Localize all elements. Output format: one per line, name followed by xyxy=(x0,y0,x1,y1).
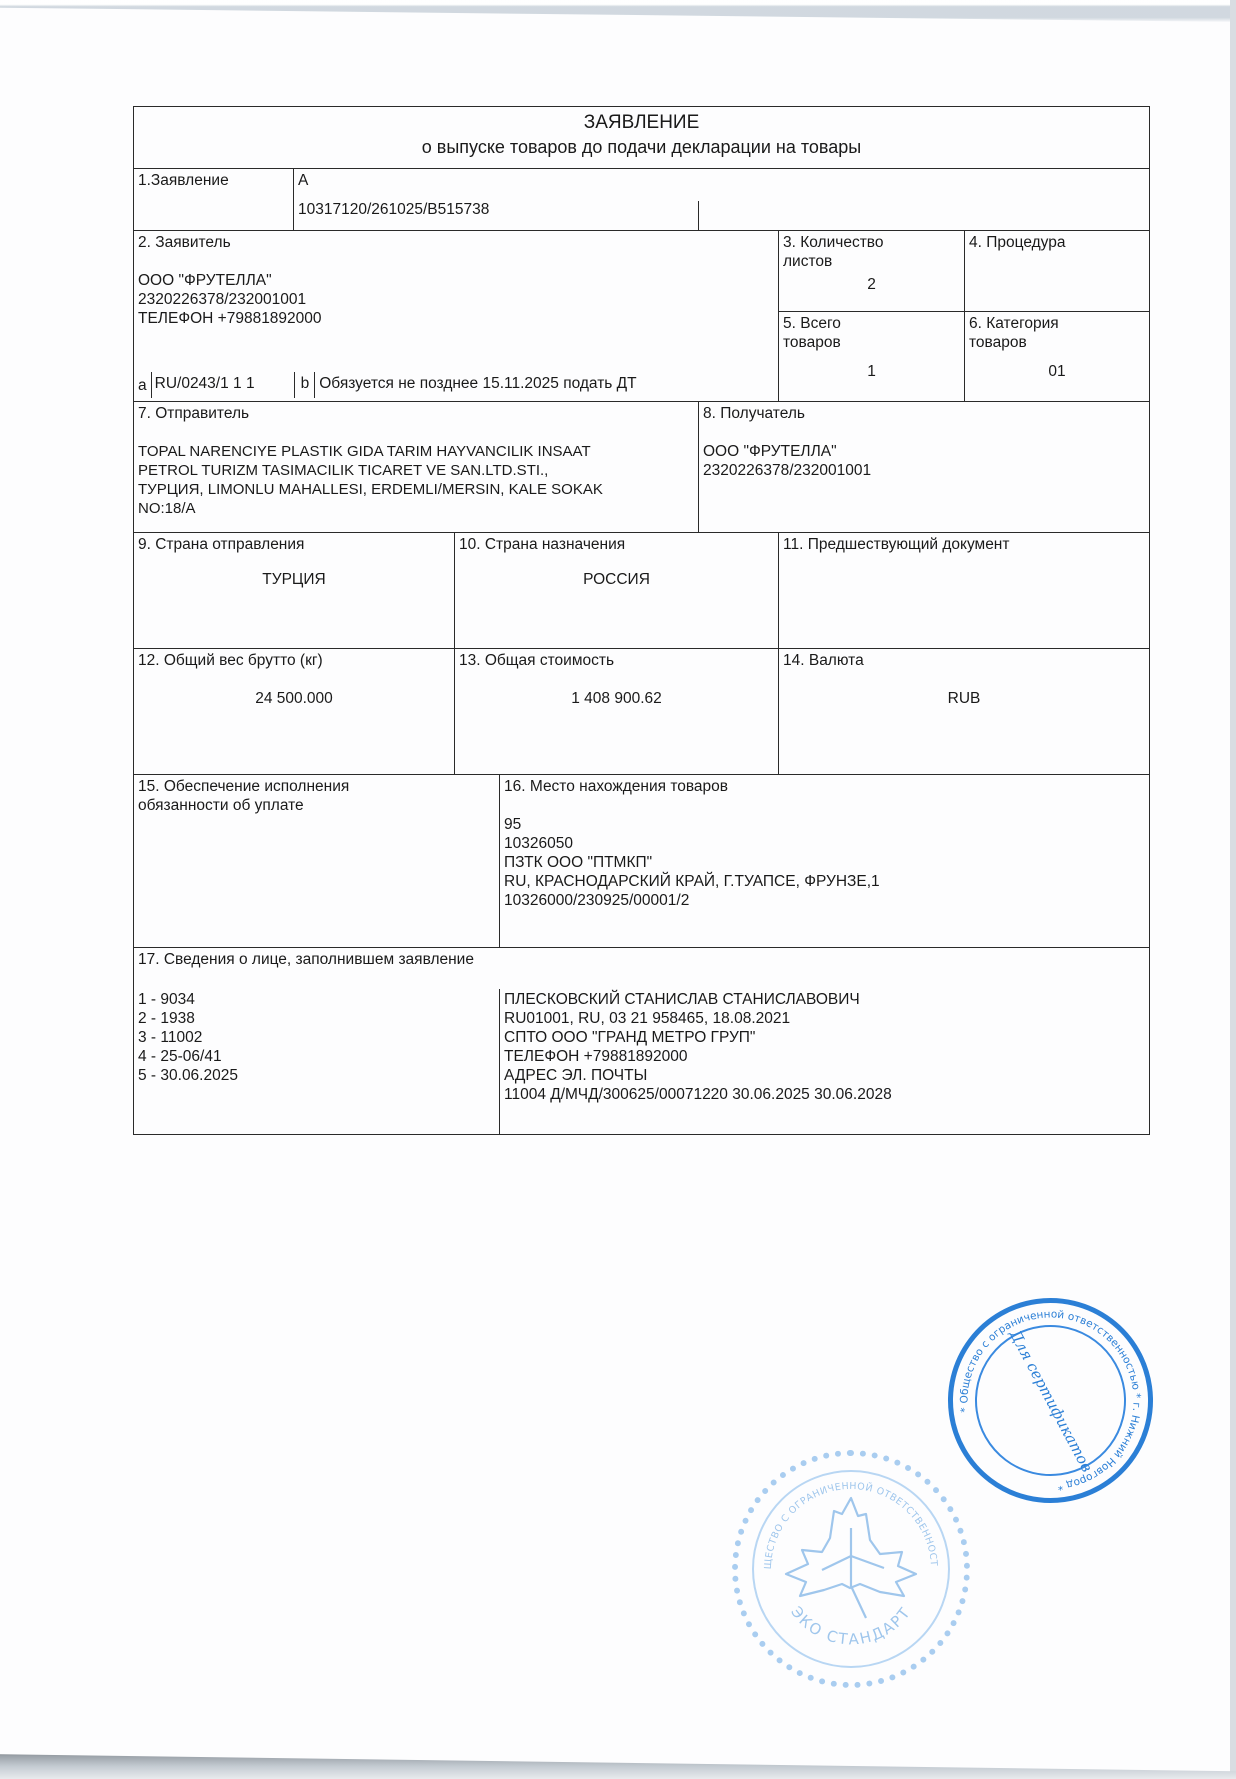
field-9-departure-country: 9. Страна отправления ТУРЦИЯ xyxy=(133,532,455,649)
eco-seal-graphics: ОБЩЕСТВО С ОГРАНИЧЕННОЙ ОТВЕТСТВЕННОСТЬЮ… xyxy=(738,1456,964,1682)
field-16-label: 16. Место нахождения товаров xyxy=(504,777,1145,796)
field-10-destination-country: 10. Страна назначения РОССИЯ xyxy=(454,532,779,649)
form-title-block: ЗАЯВЛЕНИЕ о выпуске товаров до подачи де… xyxy=(133,106,1150,169)
maple-leaf-icon xyxy=(786,1498,916,1618)
field-9-value: ТУРЦИЯ xyxy=(138,570,450,589)
svg-text:ЭКО СТАНДАРТ: ЭКО СТАНДАРТ xyxy=(787,1603,915,1648)
filler-codes: 1 - 9034 2 - 1938 3 - 11002 4 - 25-06/41… xyxy=(138,990,238,1085)
field-2-ab-line: a RU/0243/1 1 1 b Обязуется не позднее 1… xyxy=(138,372,637,398)
a-marker: a xyxy=(138,376,147,395)
field-12-label: 12. Общий вес брутто (кг) xyxy=(138,651,450,670)
field-13-label: 13. Общая стоимость xyxy=(459,651,774,670)
field-3-sheets: 3. Количество листов 2 xyxy=(778,230,965,312)
scan-edge-bottom xyxy=(0,1748,1236,1779)
recipient-details: ООО "ФРУТЕЛЛА" 2320226378/232001001 xyxy=(703,442,1145,480)
field-14-label: 14. Валюта xyxy=(783,651,1145,670)
field-5-value: 1 xyxy=(783,362,960,381)
field-9-label: 9. Страна отправления xyxy=(138,535,450,554)
field-1-letter: А xyxy=(298,171,1145,190)
applicant-phone: ТЕЛЕФОН +79881892000 xyxy=(138,309,774,328)
eco-standart-seal: ОБЩЕСТВО С ОГРАНИЧЕННОЙ ОТВЕТСТВЕННОСТЬЮ… xyxy=(732,1450,970,1688)
field-14-value: RUB xyxy=(783,689,1145,708)
field-11-previous-document: 11. Предшествующий документ xyxy=(778,532,1150,649)
field-7-sender: 7. Отправитель TOPAL NARENCIYE PLASTIK G… xyxy=(133,401,699,533)
field-14-currency: 14. Валюта RUB xyxy=(778,648,1150,775)
form-subtitle: о выпуске товаров до подачи декларации н… xyxy=(138,135,1145,159)
release-application-form: ЗАЯВЛЕНИЕ о выпуске товаров до подачи де… xyxy=(133,106,1150,1135)
field-1-label-cell: 1.Заявление xyxy=(133,168,294,231)
field-10-value: РОССИЯ xyxy=(459,570,774,589)
field-17-divider xyxy=(499,989,500,1135)
a-value: RU/0243/1 1 1 xyxy=(151,372,294,398)
field-4-procedure: 4. Процедура xyxy=(964,230,1150,312)
field-1-label: 1.Заявление xyxy=(138,171,289,190)
b-value: Обязуется не позднее 15.11.2025 подать Д… xyxy=(314,372,636,398)
applicant-name: ООО "ФРУТЕЛЛА" xyxy=(138,271,774,290)
field-16-goods-location: 16. Место нахождения товаров 95 10326050… xyxy=(499,774,1150,948)
b-marker: b xyxy=(294,372,315,398)
field-17-filler-info: 17. Сведения о лице, заполнившем заявлен… xyxy=(133,947,1150,1135)
field-12-gross-weight: 12. Общий вес брутто (кг) 24 500.000 xyxy=(133,648,455,775)
field-10-label: 10. Страна назначения xyxy=(459,535,774,554)
field-8-label: 8. Получатель xyxy=(703,404,1145,423)
filler-details: ПЛЕСКОВСКИЙ СТАНИСЛАВ СТАНИСЛАВОВИЧ RU01… xyxy=(504,990,892,1104)
field-2-label: 2. Заявитель xyxy=(138,233,774,252)
field-8-recipient: 8. Получатель ООО "ФРУТЕЛЛА" 2320226378/… xyxy=(698,401,1150,533)
field-15-payment-security: 15. Обеспечение исполнения обязанности о… xyxy=(133,774,500,948)
field-1-value-cell: А 10317120/261025/B515738 xyxy=(293,168,1150,231)
company-seal-blue: * Общество с ограниченной ответственност… xyxy=(935,1285,1167,1517)
field-15-label: 15. Обеспечение исполнения обязанности о… xyxy=(138,777,495,815)
field-6-value: 01 xyxy=(969,362,1145,381)
scan-edge-top xyxy=(0,0,1236,22)
field-13-value: 1 408 900.62 xyxy=(459,689,774,708)
field-11-label: 11. Предшествующий документ xyxy=(783,535,1145,554)
sender-details: TOPAL NARENCIYE PLASTIK GIDA TARIM HAYVA… xyxy=(138,442,694,518)
field-7-label: 7. Отправитель xyxy=(138,404,694,423)
field-3-label: 3. Количество листов xyxy=(783,233,903,271)
field-12-value: 24 500.000 xyxy=(138,689,450,708)
field-13-total-cost: 13. Общая стоимость 1 408 900.62 xyxy=(454,648,779,775)
field-2-applicant: 2. Заявитель ООО "ФРУТЕЛЛА" 2320226378/2… xyxy=(133,230,779,402)
field-3-value: 2 xyxy=(783,275,960,294)
form-title: ЗАЯВЛЕНИЕ xyxy=(138,111,1145,135)
field-6-category: 6. Категория товаров 01 xyxy=(964,311,1150,402)
scan-edge-right xyxy=(1230,0,1236,1779)
applicant-inn-kpp: 2320226378/232001001 xyxy=(138,290,774,309)
field-1-divider xyxy=(698,201,699,231)
field-5-label: 5. Всего товаров xyxy=(783,314,863,352)
field-1-number: 10317120/261025/B515738 xyxy=(298,200,1145,219)
field-17-label: 17. Сведения о лице, заполнившем заявлен… xyxy=(138,950,1145,969)
field-6-label: 6. Категория товаров xyxy=(969,314,1079,352)
field-4-label: 4. Процедура xyxy=(969,233,1145,252)
field-5-total-items: 5. Всего товаров 1 xyxy=(778,311,965,402)
eco-seal-ring-bottom: ЭКО СТАНДАРТ xyxy=(787,1603,915,1648)
goods-location-details: 95 10326050 ПЗТК ООО "ПТМКП" RU, КРАСНОД… xyxy=(504,815,1145,910)
